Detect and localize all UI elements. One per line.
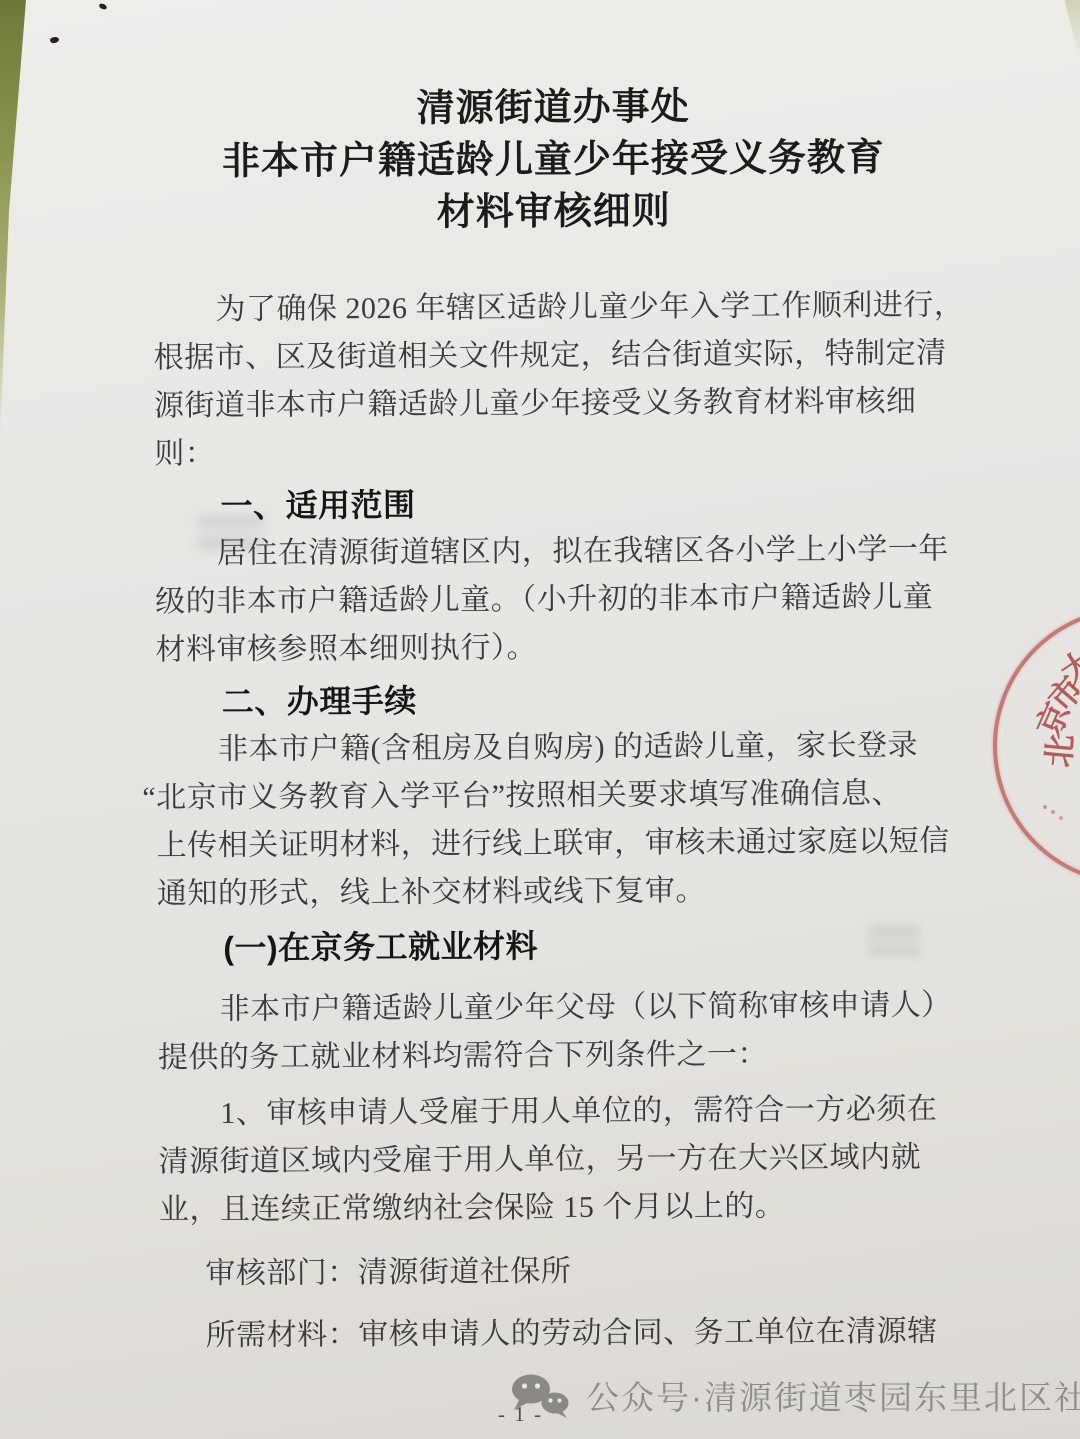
text-line: 根据市、区及街道相关文件规定，结合街道实际，特制定清 (154, 330, 956, 383)
section-heading-employment-materials: (一)在京务工就业材料 (157, 920, 959, 973)
paper-speck (49, 36, 59, 44)
text-line: 源街道非本市户籍适龄儿童少年接受义务教育材料审核细 (154, 378, 956, 431)
background-surface-left (0, 0, 30, 440)
text-line: 非本市户籍适龄儿童少年父母（以下简称审核申请人） (158, 982, 960, 1035)
watermark-text: 公众号·清源街道枣园东里北区社区 (586, 1372, 1080, 1419)
text-line: 级的非本市户籍适龄儿童。（小升初的非本市户籍适龄儿童 (155, 574, 957, 627)
photo-background: 清源街道办事处 非本市户籍适龄儿童少年接受义务教育 材料审核细则 为了确保 20… (0, 0, 1080, 1439)
text-line-required-materials: 所需材料：审核申请人的劳动合同、务工单位在清源辖 (160, 1308, 962, 1361)
document-title-line: 非本市户籍适龄儿童少年接受义务教育 (152, 132, 954, 189)
section-heading-procedure: 二、办理手续 (156, 674, 958, 727)
stamp-inner-marks (1043, 805, 1047, 809)
background-surface-topright (1054, 0, 1080, 60)
text-line: 通知的形式，线上补交材料或线下复审。 (157, 866, 959, 919)
text-line-review-department: 审核部门：清源街道社保所 (159, 1246, 961, 1299)
text-line: 为了确保 2026 年辖区适龄儿童少年入学工作顺利进行， (153, 282, 955, 335)
watermark-footer: 公众号·清源街道枣园东里北区社区 (510, 1372, 1080, 1419)
document-title-line: 清源街道办事处 (152, 80, 954, 137)
text-line: 则： (154, 426, 956, 479)
document-title-line: 材料审核细则 (153, 184, 955, 241)
paper-speck (98, 3, 107, 10)
text-line: 居住在清源街道辖区内，拟在我辖区各小学上小学一年 (155, 526, 957, 579)
document-title: 清源街道办事处 非本市户籍适龄儿童少年接受义务教育 材料审核细则 (152, 80, 955, 241)
text-line: “北京市义务教育入学平台”按照相关要求填写准确信息、 (142, 770, 958, 823)
text-line: 非本市户籍(含租房及自购房) 的适龄儿童，家长登录 (156, 722, 958, 775)
section-heading-scope: 一、适用范围 (154, 478, 956, 531)
text-line: 材料审核参照本细则执行）。 (155, 622, 957, 675)
page-number: - 1 - (498, 1402, 543, 1427)
text-line: 清源街道区域内受雇于用人单位，另一方在大兴区域内就 (158, 1134, 960, 1187)
official-seal-stamp: 北 京 市 大 (993, 607, 1080, 885)
text-line: 上传相关证明材料，进行线上联审，审核未通过家庭以短信 (157, 818, 959, 871)
text-line: 提供的务工就业材料均需符合下列条件之一： (158, 1030, 960, 1083)
document-page: 清源街道办事处 非本市户籍适龄儿童少年接受义务教育 材料审核细则 为了确保 20… (152, 80, 962, 1361)
text-line: 业，且连续正常缴纳社会保险 15 个月以上的。 (159, 1182, 961, 1235)
text-line: 1、审核申请人受雇于用人单位的，需符合一方必须在 (158, 1086, 960, 1139)
